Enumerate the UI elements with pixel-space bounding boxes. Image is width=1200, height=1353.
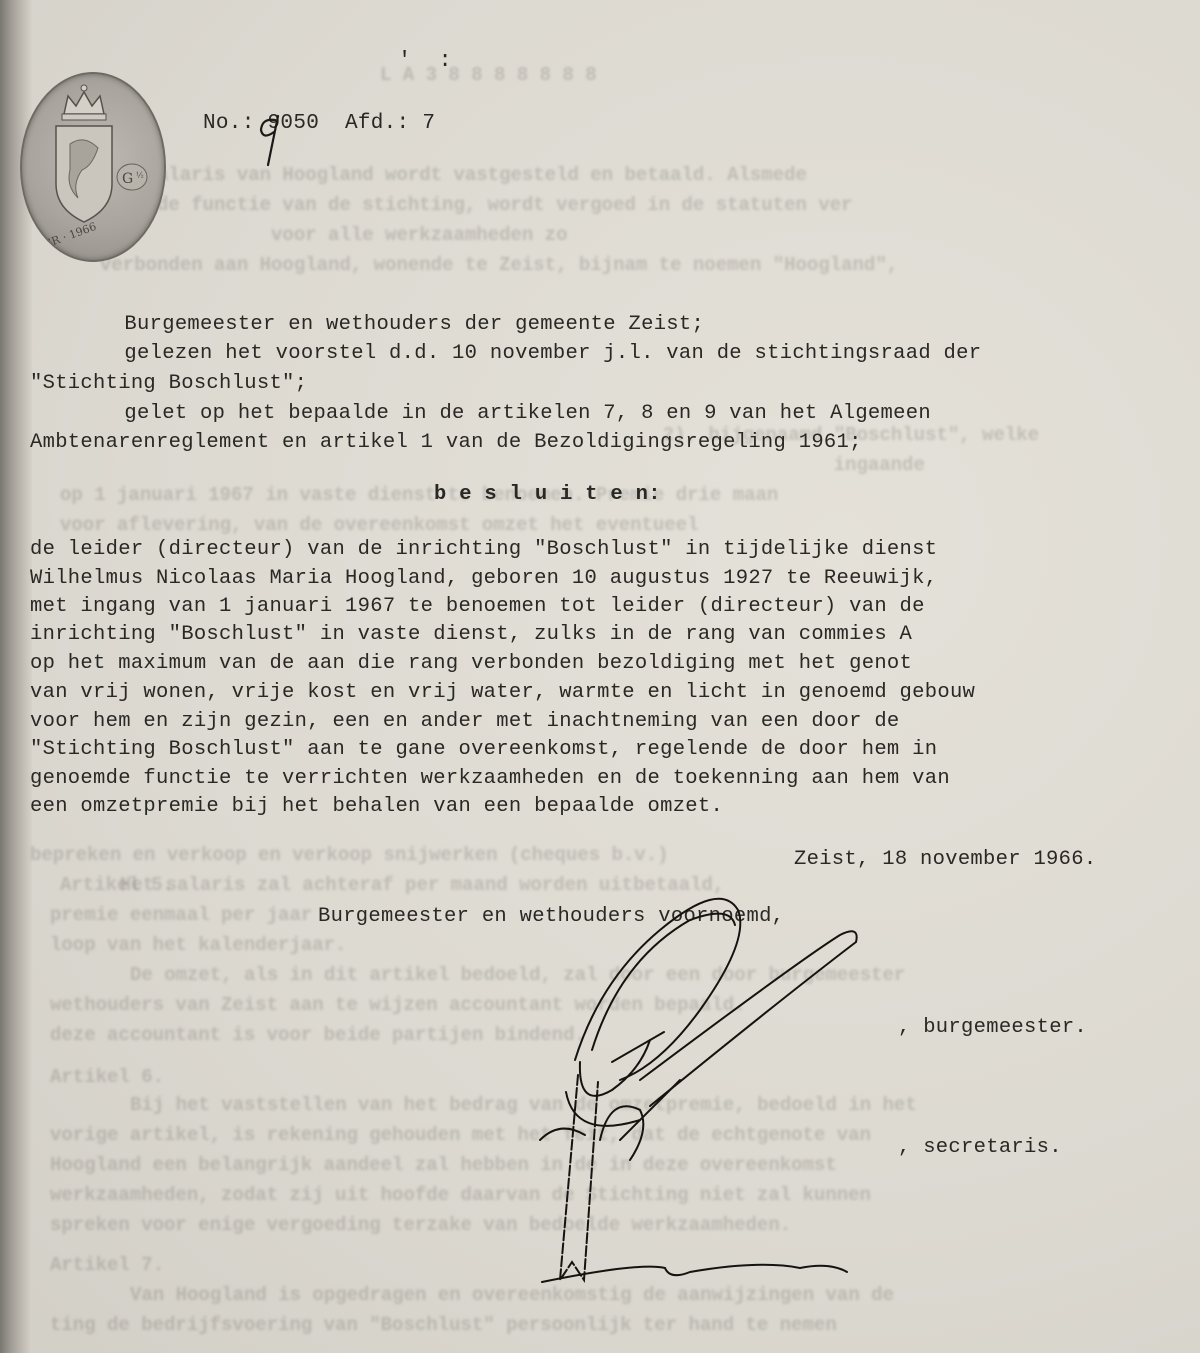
preamble-line: gelet op het bepaalde in de artikelen 7,… [74, 402, 931, 425]
bleed-line: ting de bedrijfsvoering van "Boschlust" … [50, 1310, 837, 1340]
embossed-seal: G ½ GR · 1966 [20, 72, 166, 262]
svg-text:G: G [122, 171, 133, 187]
signatories-line: Burgemeester en wethouders voornoemd, [318, 905, 784, 928]
bleed-line: verbonden aan Hoogland, wonende te Zeist… [100, 250, 898, 280]
bleed-line: Artikel 7. [50, 1250, 164, 1280]
decision-line: voor hem en zijn gezin, een en ander met… [30, 710, 900, 733]
decision-line: genoemde functie te verrichten werkzaamh… [30, 767, 950, 790]
mayor-title: , burgemeester. [898, 1016, 1087, 1039]
number-label: No.: [203, 112, 255, 135]
decision-line: een omzetpremie bij het behalen van een … [30, 795, 723, 818]
place-date: Zeist, 18 november 1966. [794, 848, 1096, 871]
preamble-line: Burgemeester en wethouders der gemeente … [74, 313, 704, 336]
bleed-line: Hoogland een belangrijk aandeel zal hebb… [50, 1150, 837, 1180]
decision-line: met ingang van 1 januari 1967 te benoeme… [30, 595, 925, 618]
preamble-line: Ambtenarenreglement en artikel 1 van de … [30, 431, 862, 454]
svg-text:½: ½ [136, 171, 144, 180]
decision-heading: b e s l u i t e n: [434, 483, 661, 506]
decision-line: Wilhelmus Nicolaas Maria Hoogland, gebor… [30, 567, 937, 590]
department-value: 7 [422, 112, 435, 135]
bleed-line: spreken voor enige vergoeding terzake va… [50, 1210, 791, 1240]
bleed-line: deze accountant is voor beide partijen b… [50, 1020, 586, 1050]
preamble-line: "Stichting Boschlust"; [30, 372, 307, 395]
decision-line: de leider (directeur) van de inrichting … [30, 538, 937, 561]
bleed-line: voor alle werkzaamheden zo [100, 220, 567, 250]
bleed-line: premie eenmaal per jaar [50, 900, 312, 930]
department-label: Afd.: [345, 112, 410, 135]
bleed-line: vorige artikel, is rekening gehouden met… [50, 1120, 871, 1150]
document-number-line: No.: 9050 Afd.: 7 [203, 112, 435, 135]
secretary-title: , secretaris. [898, 1136, 1062, 1159]
decision-line: van vrij wonen, vrije kost en vrij water… [30, 681, 975, 704]
bleed-line: Het salaris zal achteraf per maand worde… [120, 870, 724, 900]
bleed-line: op 1 januari 1967 in vaste dienst te ben… [60, 480, 778, 510]
bleed-line: Bij het vaststellen van het bedrag van d… [130, 1090, 917, 1120]
bleed-line: De omzet, als in dit artikel bedoeld, za… [130, 960, 905, 990]
bleed-line: ingaande [560, 450, 925, 480]
decision-line: op het maximum van de aan die rang verbo… [30, 652, 912, 675]
bleed-line: Artikel 6. [50, 1062, 164, 1092]
decision-line: "Stichting Boschlust" aan te gane overee… [30, 738, 937, 761]
bleed-line: voor de functie van de stichting, wordt … [100, 190, 853, 220]
preamble-line: gelezen het voorstel d.d. 10 november j.… [74, 342, 981, 365]
bleed-line: Van Hoogland is opgedragen en overeenkom… [130, 1280, 894, 1310]
bleed-line: loop van het kalenderjaar. [50, 930, 346, 960]
bleed-line: wethouders van Zeist aan te wijzen accou… [50, 990, 746, 1020]
bleed-line: werkzaamheden, zodat zij uit hoofde daar… [50, 1180, 871, 1210]
bleed-line: voor aflevering, van de overeenkomst omz… [60, 510, 699, 540]
bleed-line: bepreken en verkoop en verkoop snijwerke… [30, 840, 669, 870]
document-page: L A 3 8 8 8 8 8 8 8 Het salaris van Hoog… [0, 0, 1200, 1353]
bleed-line: Het salaris van Hoogland wordt vastgeste… [100, 160, 807, 190]
number-value: 9050 [268, 112, 320, 135]
decision-line: inrichting "Boschlust" in vaste dienst, … [30, 623, 912, 646]
stray-marks: ' : [398, 48, 452, 73]
